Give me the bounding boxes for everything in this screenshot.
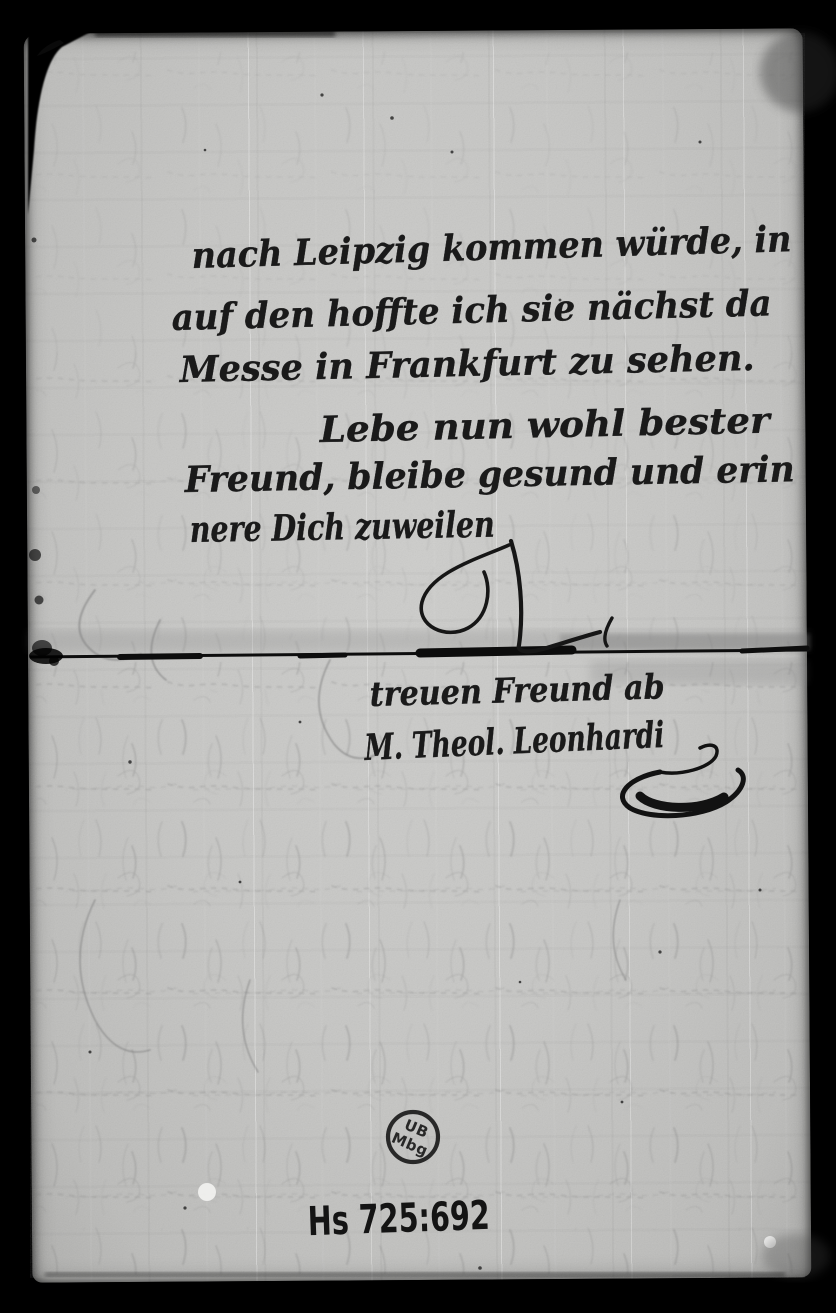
closing-line-1: treuen Freund ab <box>369 667 665 715</box>
shelfmark-text: Hs 725:692 <box>307 1193 490 1245</box>
manuscript-overlay: nach Leipzig kommen würde, in auf den ho… <box>0 0 836 1313</box>
manuscript-scan: nach Leipzig kommen würde, in auf den ho… <box>0 0 836 1313</box>
manuscript-line-6: nere Dich zuweilen <box>189 504 495 551</box>
